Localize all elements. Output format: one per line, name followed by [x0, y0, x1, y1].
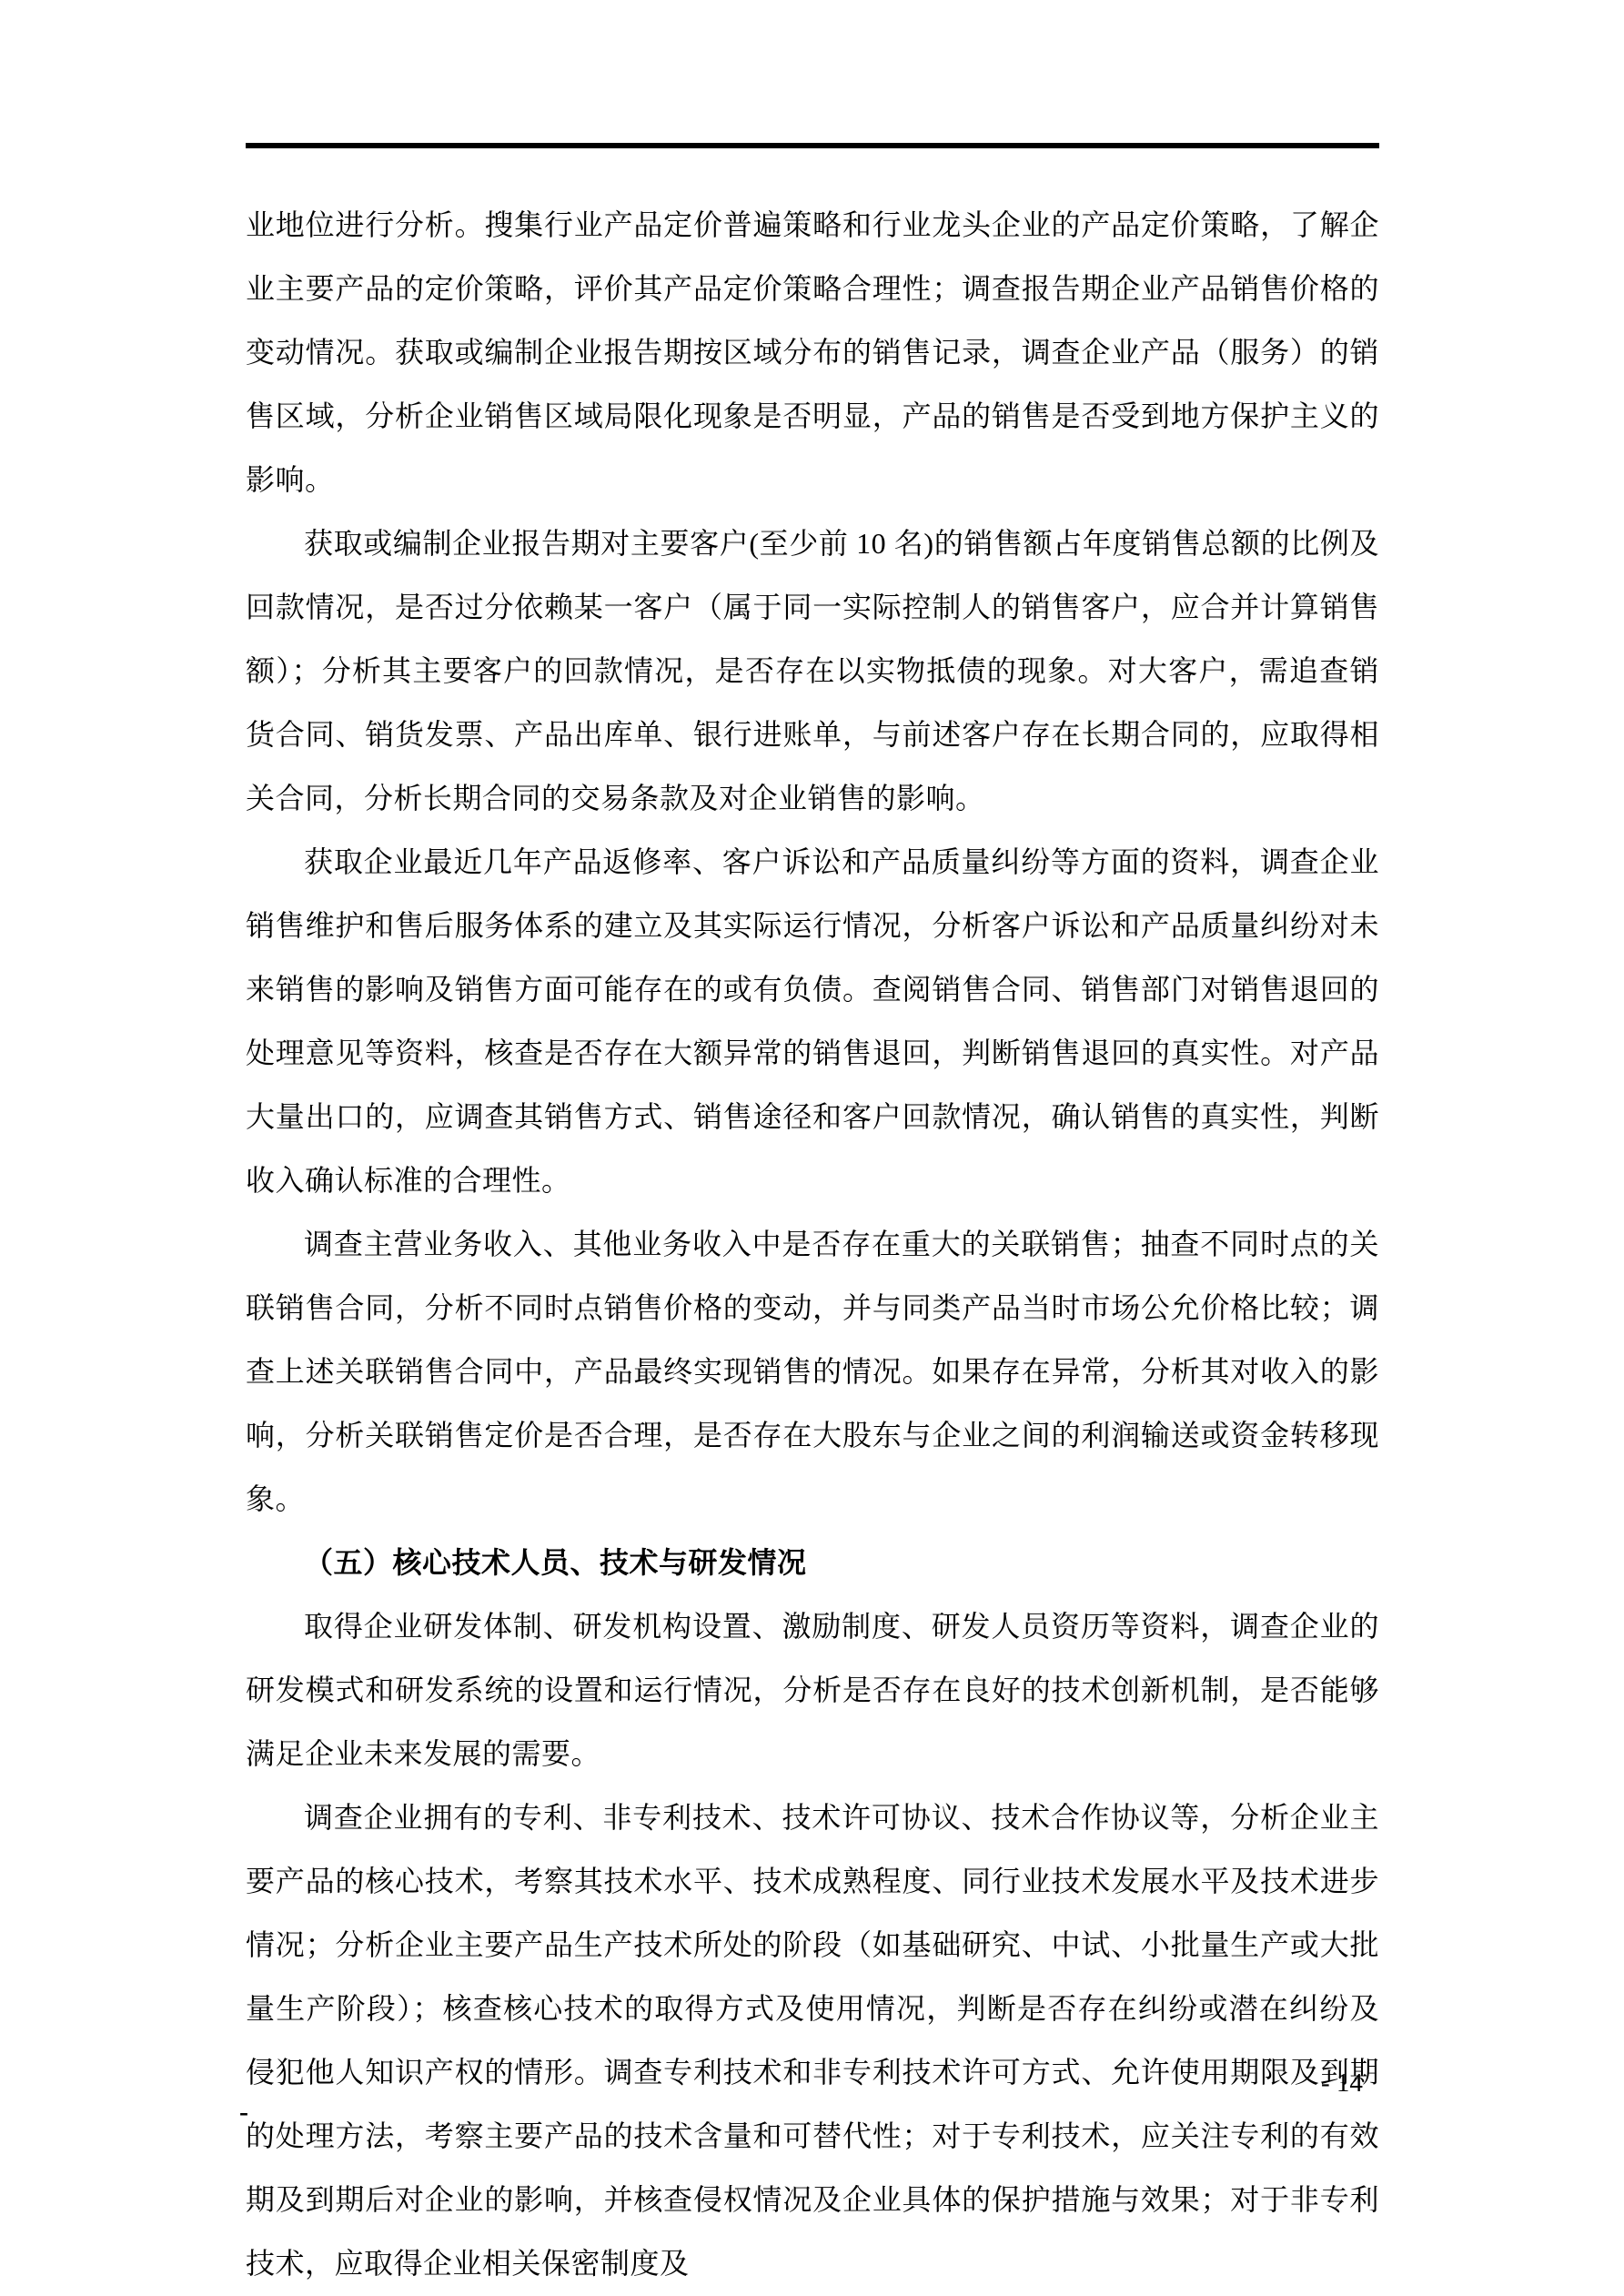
stray-dash-mark: - — [239, 2099, 248, 2126]
page-number: - 14 — [1321, 2068, 1363, 2099]
paragraph-major-customers: 获取或编制企业报告期对主要客户(至少前 10 名)的销售额占年度销售总额的比例及… — [246, 511, 1379, 830]
paragraph-continuation: 业地位进行分析。搜集行业产品定价普遍策略和行业龙头企业的产品定价策略，了解企业主… — [246, 193, 1379, 511]
document-body: 业地位进行分析。搜集行业产品定价普遍策略和行业龙头企业的产品定价策略，了解企业主… — [246, 193, 1379, 2295]
header-divider — [246, 143, 1379, 148]
section-heading: （五）核心技术人员、技术与研发情况 — [246, 1531, 1379, 1594]
document-page: 业地位进行分析。搜集行业产品定价普遍策略和行业龙头企业的产品定价策略，了解企业主… — [0, 0, 1624, 2296]
paragraph-repair-rate-disputes: 获取企业最近几年产品返修率、客户诉讼和产品质量纠纷等方面的资料，调查企业销售维护… — [246, 830, 1379, 1212]
paragraph-related-party-sales: 调查主营业务收入、其他业务收入中是否存在重大的关联销售；抽查不同时点的关联销售合… — [246, 1212, 1379, 1531]
paragraph-rnd-system: 取得企业研发体制、研发机构设置、激励制度、研发人员资历等资料，调查企业的研发模式… — [246, 1594, 1379, 1785]
paragraph-patents-technology: 调查企业拥有的专利、非专利技术、技术许可协议、技术合作协议等，分析企业主要产品的… — [246, 1785, 1379, 2295]
